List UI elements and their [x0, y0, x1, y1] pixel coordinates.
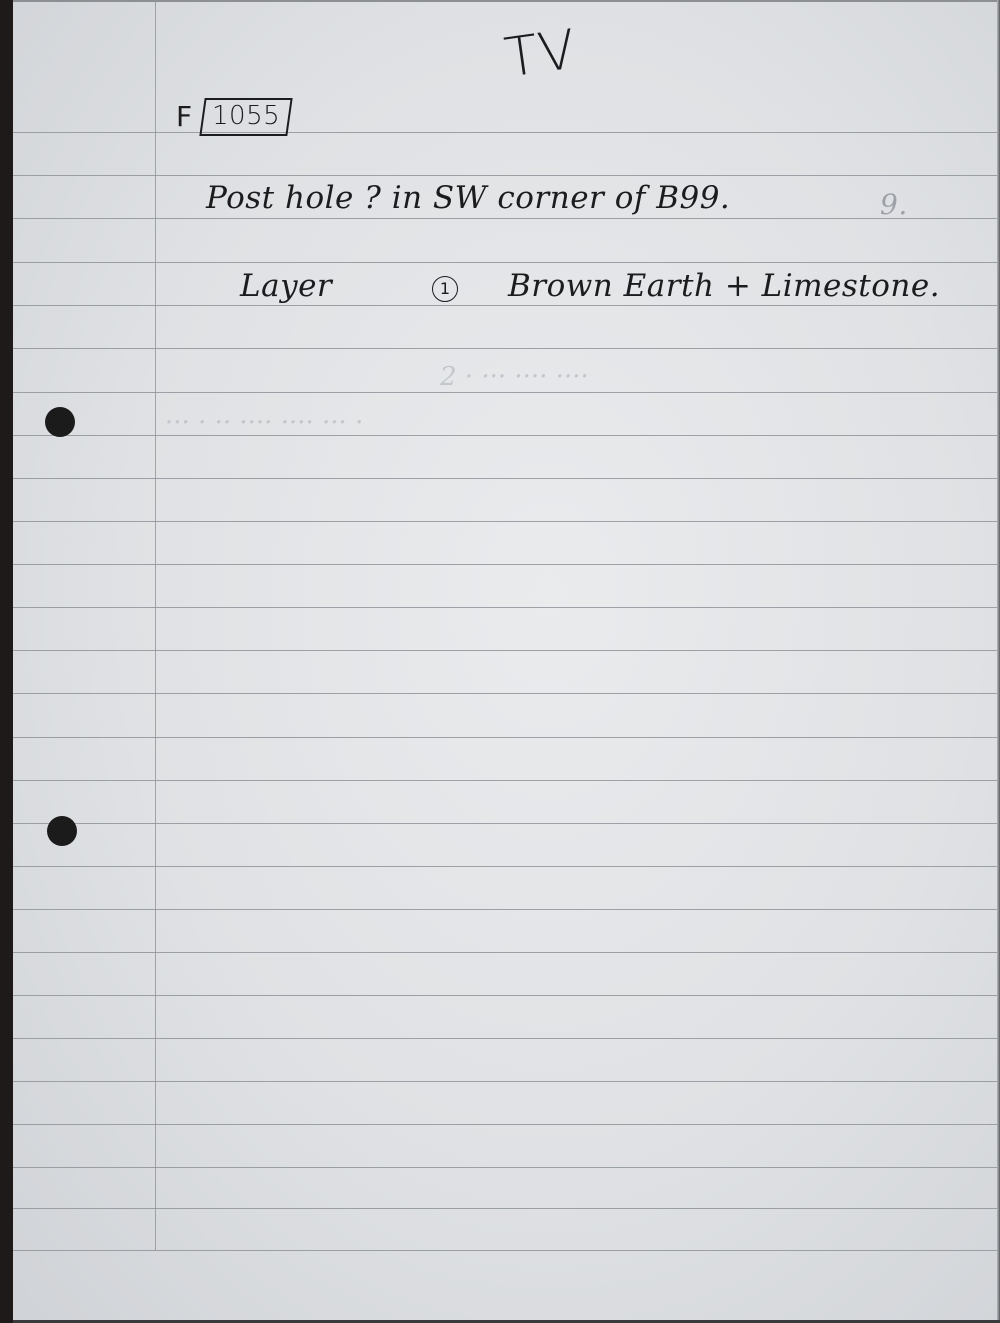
bleed-through-text-2: ··· · ·· ···· ···· ··· · — [165, 408, 363, 438]
ruled-line — [13, 952, 997, 953]
ruled-line — [13, 218, 997, 219]
ruled-line — [13, 1167, 997, 1168]
ruled-line — [13, 132, 997, 133]
ruled-line — [13, 348, 997, 349]
description-line-1: Post hole ? in SW corner of B99. — [206, 180, 730, 216]
ruled-line — [13, 564, 997, 565]
bleed-through-text-1: 2 · ··· ···· ···· — [440, 362, 589, 392]
document-page: TV F 1055 Post hole ? in SW corner of B9… — [0, 0, 1000, 1323]
feature-number: 1055 — [212, 101, 280, 131]
ruled-line — [13, 823, 997, 824]
ruled-line — [13, 737, 997, 738]
ruled-line — [13, 392, 997, 393]
layer-number-circled: 1 — [432, 276, 458, 302]
layer-label: Layer — [240, 268, 332, 304]
ruled-line — [13, 607, 997, 608]
page-top-edge — [13, 0, 1000, 2]
ruled-line — [13, 995, 997, 996]
ruled-line — [13, 909, 997, 910]
ruled-line — [13, 478, 997, 479]
ruled-line — [13, 305, 997, 306]
recorder-initials: TV — [501, 17, 580, 89]
ruled-line — [13, 435, 997, 436]
ruled-line — [13, 780, 997, 781]
ruled-line — [13, 262, 997, 263]
layer-description: Brown Earth + Limestone. — [508, 268, 940, 304]
ruled-line — [13, 1038, 997, 1039]
ruled-line — [13, 1124, 997, 1125]
ruled-line — [13, 1208, 997, 1209]
ruled-line — [13, 1250, 997, 1251]
ruled-line — [13, 175, 997, 176]
punch-hole — [47, 816, 77, 846]
ruled-line — [13, 866, 997, 867]
punch-hole — [45, 407, 75, 437]
ruled-line — [13, 521, 997, 522]
ruled-line — [13, 693, 997, 694]
feature-prefix: F — [176, 100, 193, 133]
margin-line — [155, 0, 156, 1250]
ruled-line — [13, 1081, 997, 1082]
ruled-line — [13, 650, 997, 651]
binding-edge — [0, 0, 13, 1323]
faint-page-mark: 9. — [880, 188, 908, 221]
